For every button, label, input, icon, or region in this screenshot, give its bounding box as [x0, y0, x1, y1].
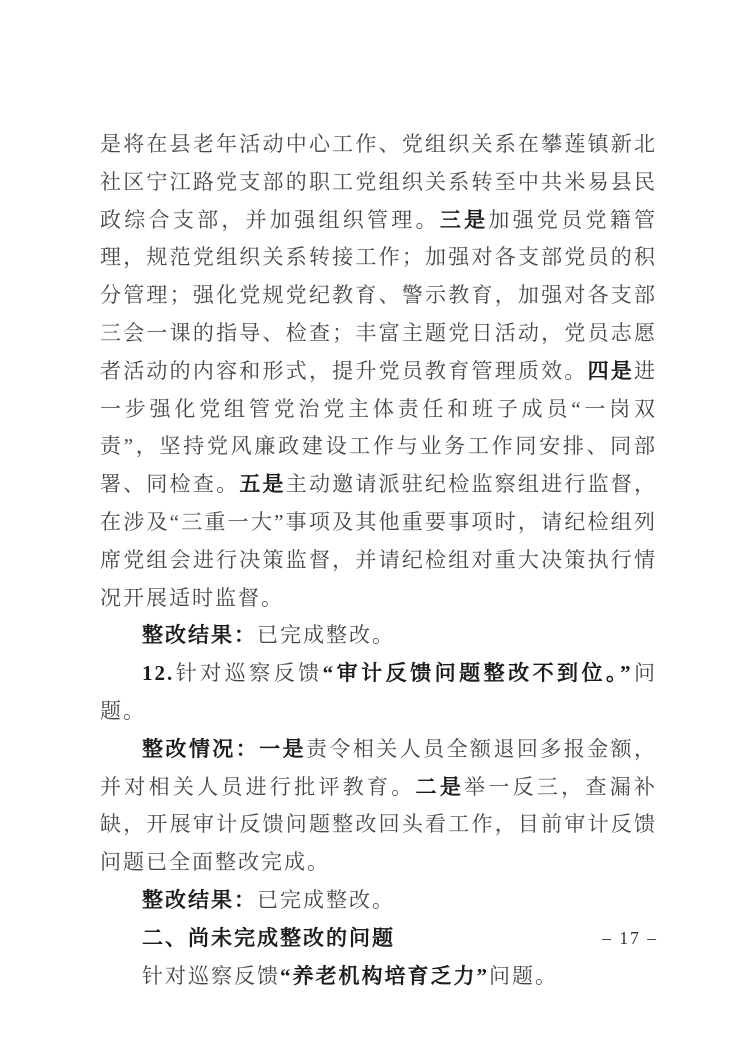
bold-text-segment: “审计反馈问题整改不到位。” [323, 661, 633, 685]
bold-text-segment: 一是 [259, 737, 306, 761]
bold-text-segment: 12. [142, 661, 174, 685]
bold-text-segment: 整改结果： [142, 623, 257, 647]
bold-text-segment: 四是 [588, 359, 634, 383]
paragraph: 整改情况：一是责令相关人员全额退回多报金额，并对相关人员进行批评教育。二是举一反… [100, 731, 657, 882]
bold-text-segment: 二是 [416, 775, 465, 799]
text-segment: 已完成整改。 [257, 888, 395, 912]
text-segment: 加强党员党籍管理，规范党组织关系转接工作；加强对各支部党员的积分管理；强化党规党… [100, 208, 657, 383]
page-number: – 17 – [602, 928, 658, 949]
document-page: 是将在县老年活动中心工作、党组织关系在攀莲镇新北社区宁江路党支部的职工党组织关系… [0, 0, 750, 1061]
paragraph: 针对巡察反馈“养老机构培育乏力”问题。 [100, 958, 657, 996]
bold-text-segment: “养老机构培育乏力” [280, 964, 489, 988]
section-heading: 二、尚未完成整改的问题 [100, 920, 657, 958]
text-segment: 已完成整改。 [257, 623, 395, 647]
paragraph: 12.针对巡察反馈“审计反馈问题整改不到位。”问题。 [100, 655, 657, 731]
paragraph: 整改结果：已完成整改。 [100, 617, 657, 655]
paragraph: 整改结果：已完成整改。 [100, 882, 657, 920]
bold-text-segment: 整改结果： [142, 888, 257, 912]
text-segment: 问题。 [489, 964, 558, 988]
document-body: 是将在县老年活动中心工作、党组织关系在攀莲镇新北社区宁江路党支部的职工党组织关系… [100, 126, 657, 995]
bold-text-segment: 整改情况： [142, 737, 259, 761]
bold-text-segment: 五是 [239, 472, 285, 496]
bold-text-segment: 三是 [440, 208, 489, 232]
text-segment: 针对巡察反馈 [142, 964, 280, 988]
paragraph: 是将在县老年活动中心工作、党组织关系在攀莲镇新北社区宁江路党支部的职工党组织关系… [100, 126, 657, 617]
bold-text-segment: 二、尚未完成整改的问题 [142, 927, 395, 950]
text-segment: 针对巡察反馈 [174, 661, 322, 685]
